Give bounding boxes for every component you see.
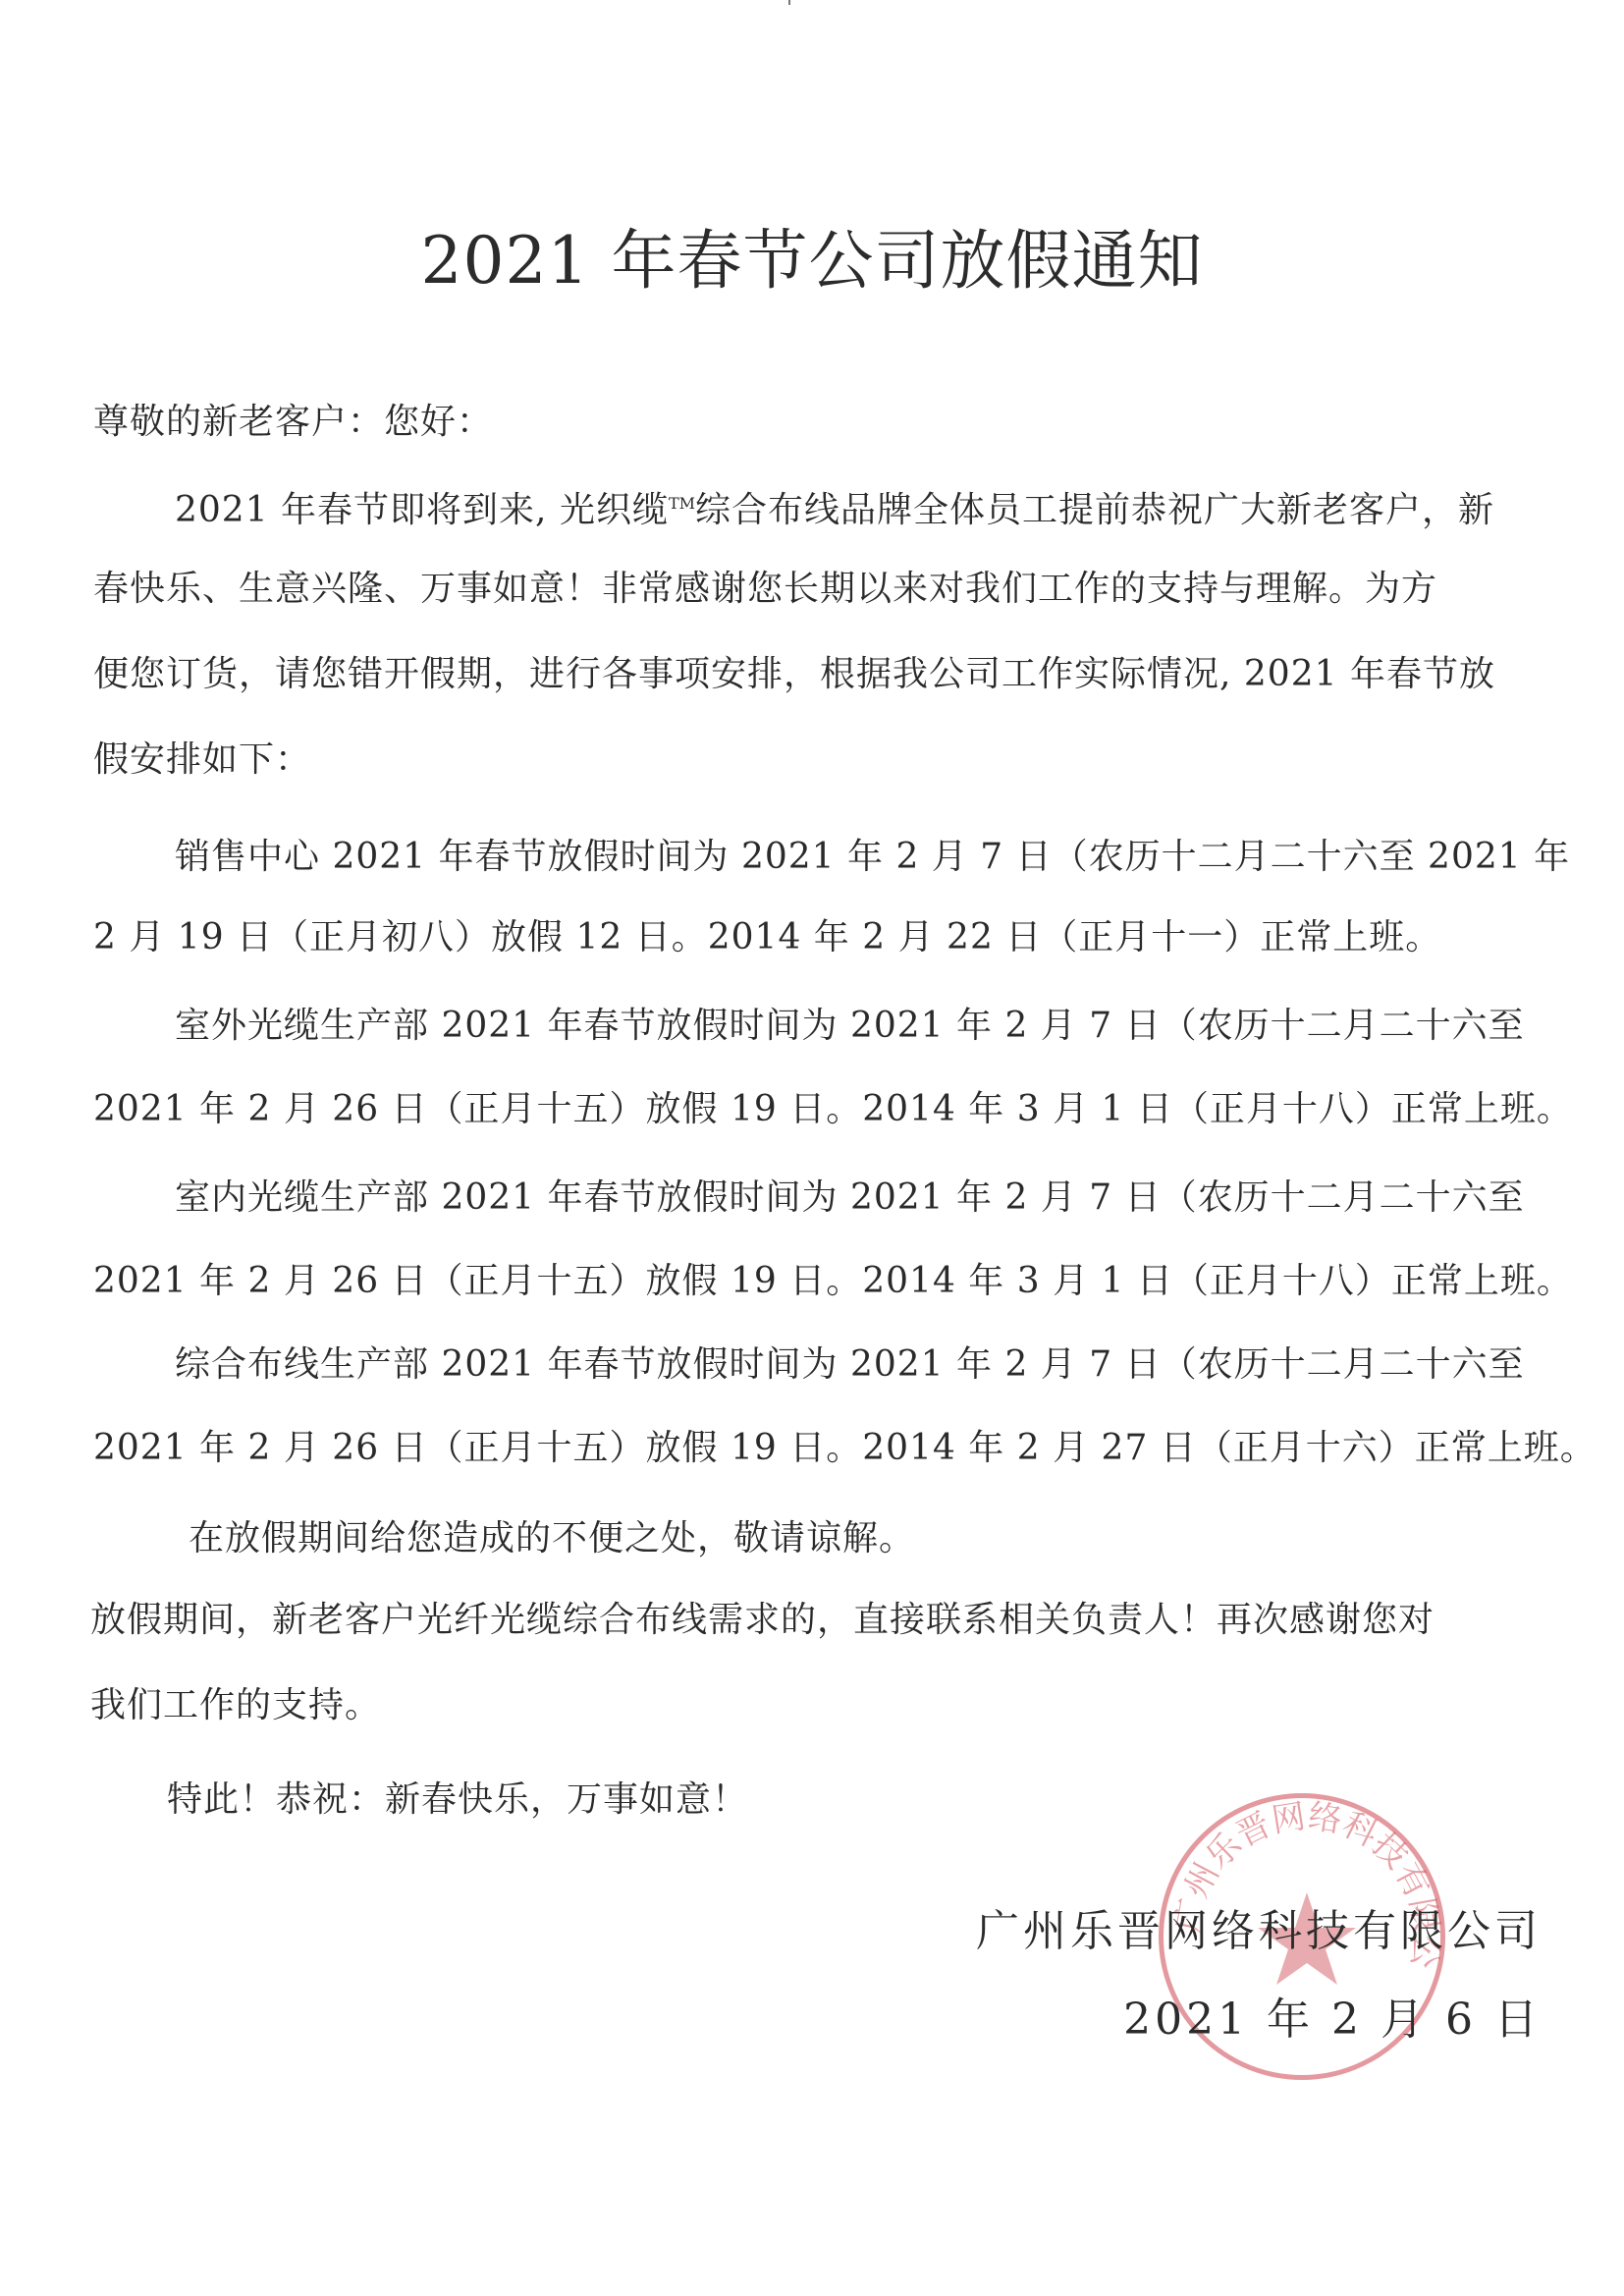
page-title: 2021 年春节公司放假通知 (0, 208, 1624, 301)
apology-text: 在放假期间给您造成的不便之处，敬请谅解。 (189, 1514, 1624, 1563)
signature-date: 2021 年 2 月 6 日 (1123, 1984, 1542, 2047)
trademark-mark: TM (669, 494, 695, 513)
contact-line-2: 我们工作的支持。 (90, 1681, 1543, 1730)
schedule-sales-line-1: 销售中心 2021 年春节放假时间为 2021 年 2 月 7 日（农历十二月二… (175, 833, 1624, 882)
schedule-indoor-line-1: 室内光缆生产部 2021 年春节放假时间为 2021 年 2 月 7 日（农历十… (175, 1174, 1624, 1223)
intro-line-4: 假安排如下： (93, 736, 1546, 785)
schedule-cabling-line-1: 综合布线生产部 2021 年春节放假时间为 2021 年 2 月 7 日（农历十… (175, 1340, 1624, 1390)
intro-line-2: 春快乐、生意兴隆、万事如意！非常感谢您长期以来对我们工作的支持与理解。为方 (93, 565, 1546, 614)
schedule-sales-line-2: 2 月 19 日（正月初八）放假 12 日。2014 年 2 月 22 日（正月… (93, 913, 1546, 962)
schedule-indoor-line-2: 2021 年 2 月 26 日（正月十五）放假 19 日。2014 年 3 月 … (93, 1257, 1546, 1306)
scan-mark (788, 0, 790, 5)
greeting: 尊敬的新老客户：您好： (93, 398, 1546, 447)
schedule-outdoor-line-1: 室外光缆生产部 2021 年春节放假时间为 2021 年 2 月 7 日（农历十… (175, 1002, 1624, 1051)
intro-line-1: 2021 年春节即将到来, 光织缆TM综合布线品牌全体员工提前恭祝广大新老客户，… (175, 479, 1624, 535)
intro-line-1-text: 2021 年春节即将到来, 光织缆 (175, 490, 669, 530)
intro-line-3: 便您订货，请您错开假期，进行各事项安排，根据我公司工作实际情况, 2021 年春… (93, 650, 1546, 699)
signature-company: 广州乐晋网络科技有限公司 (976, 1895, 1542, 1958)
schedule-outdoor-line-2: 2021 年 2 月 26 日（正月十五）放假 19 日。2014 年 3 月 … (93, 1085, 1546, 1134)
schedule-cabling-line-2: 2021 年 2 月 26 日（正月十五）放假 19 日。2014 年 2 月 … (93, 1424, 1546, 1473)
intro-line-1b-text: 综合布线品牌全体员工提前恭祝广大新老客户，新 (695, 490, 1494, 530)
contact-line-1: 放假期间，新老客户光纤光缆综合布线需求的，直接联系相关负责人！再次感谢您对 (90, 1596, 1543, 1645)
